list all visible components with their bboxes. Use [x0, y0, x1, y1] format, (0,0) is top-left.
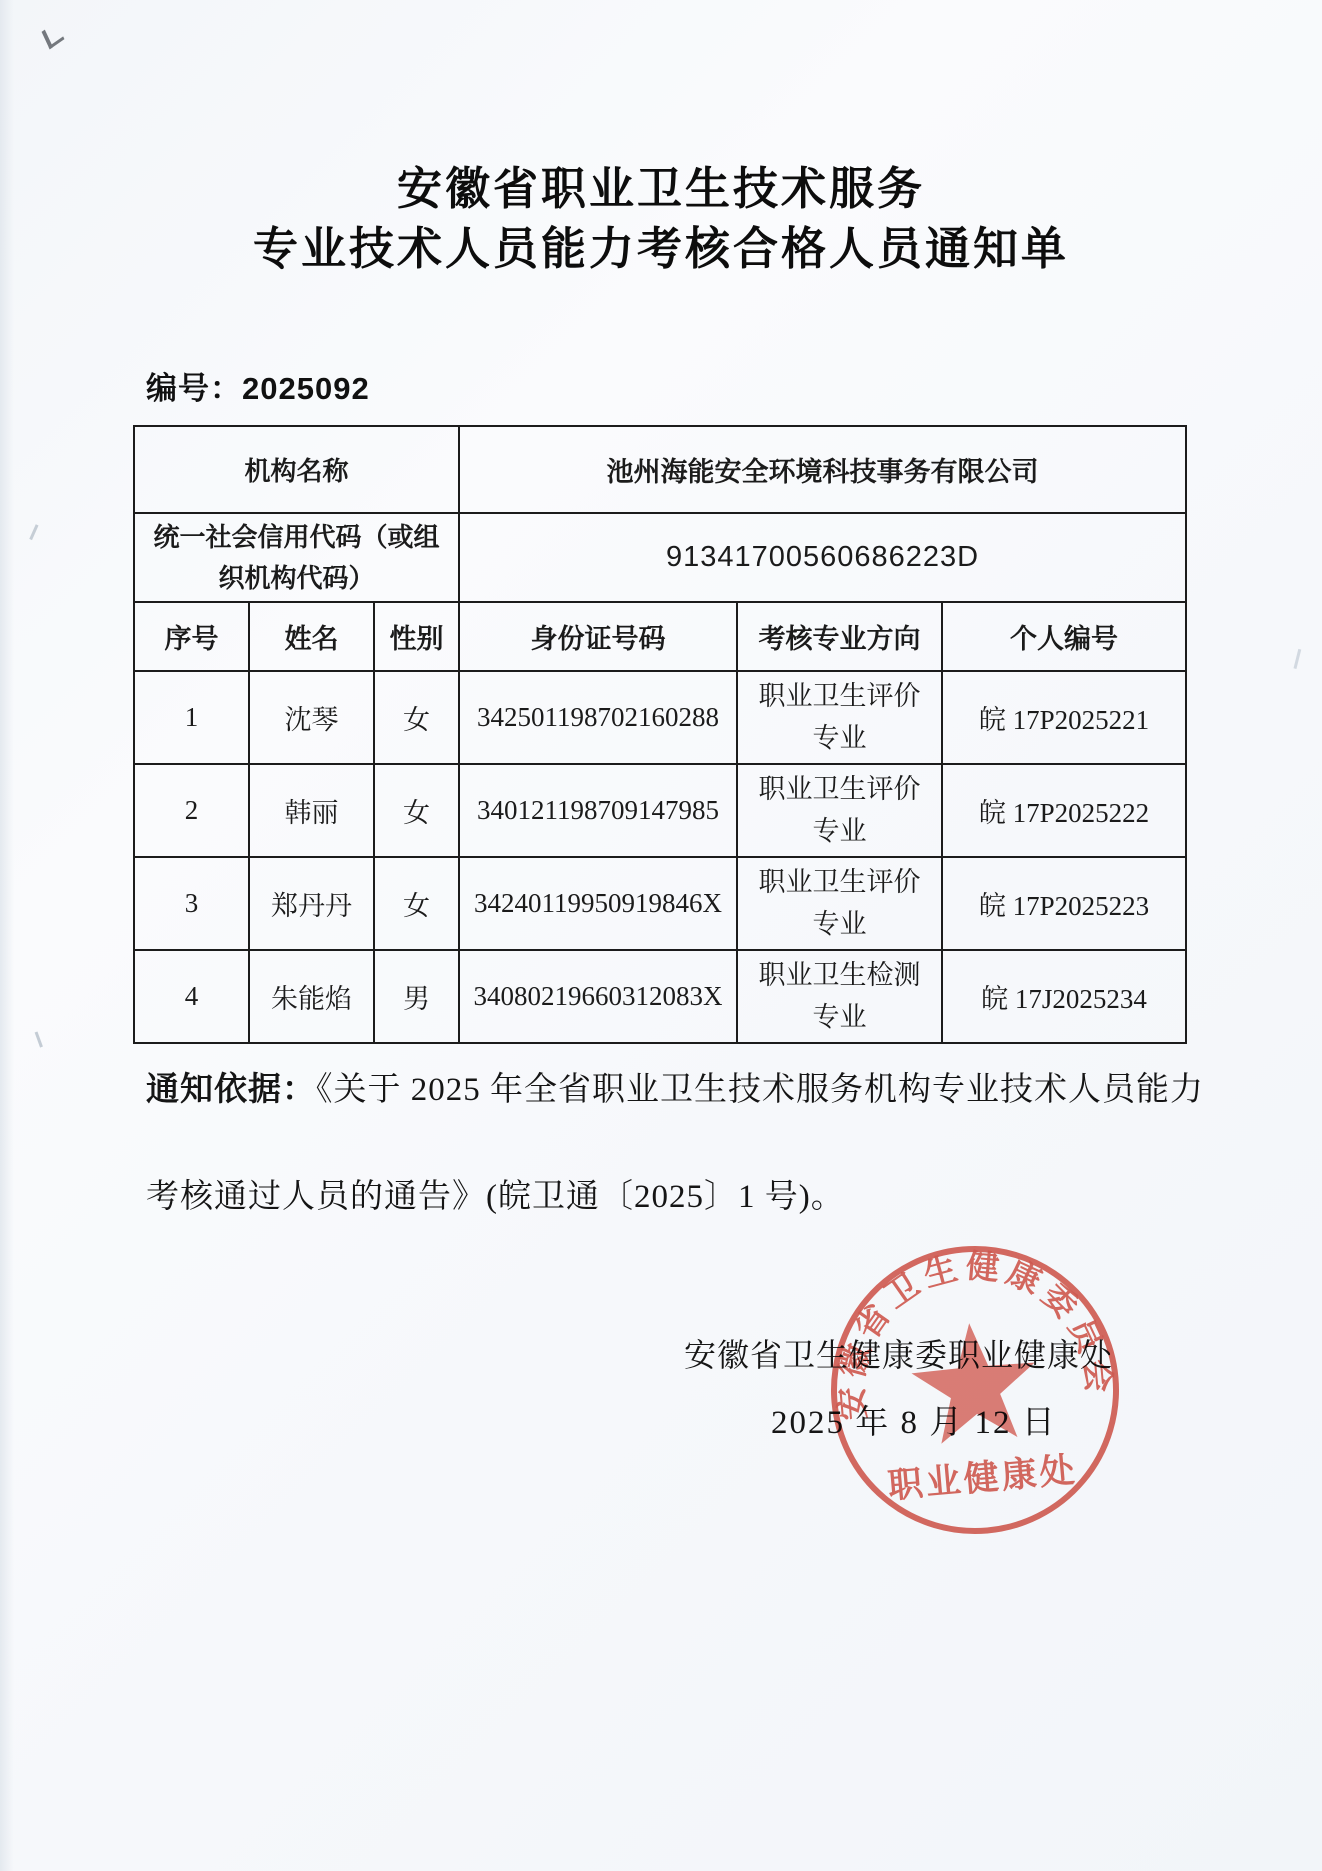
cell-index: 3 — [134, 857, 249, 950]
org-name-value: 池州海能安全环境科技事务有限公司 — [459, 426, 1186, 513]
cell-personal-code: 皖 17J2025234 — [942, 950, 1186, 1043]
document-title-line1: 安徽省职业卫生技术服务 — [0, 152, 1322, 217]
table-row: 4 朱能焰 男 34080219660312083X 职业卫生检测 专业 皖 1… — [134, 950, 1186, 1043]
col-header-index: 序号 — [134, 602, 249, 671]
stamp-bottom-text: 职业健康处 — [886, 1450, 1079, 1505]
document-number: 编号：2025092 — [146, 363, 370, 408]
scan-artifact — [1286, 647, 1302, 669]
cell-personal-code: 皖 17P2025222 — [942, 764, 1186, 857]
personnel-table: 机构名称 池州海能安全环境科技事务有限公司 统一社会信用代码（或组织机构代码） … — [133, 425, 1187, 1044]
basis-paragraph-line2: 考核通过人员的通告》(皖卫通〔2025〕1 号)。 — [146, 1170, 845, 1217]
basis-paragraph-line1: 通知依据：《关于 2025 年全省职业卫生技术服务机构专业技术人员能力 — [146, 1063, 1204, 1110]
cell-index: 1 — [134, 671, 249, 764]
scan-artifact — [42, 22, 65, 50]
cell-name: 沈琴 — [249, 671, 374, 764]
table-header-row: 序号 姓名 性别 身份证号码 考核专业方向 个人编号 — [134, 602, 1186, 671]
cell-id-number: 340121198709147985 — [459, 764, 737, 857]
col-header-specialty: 考核专业方向 — [737, 602, 942, 671]
cell-name: 韩丽 — [249, 764, 374, 857]
table-row: 1 沈琴 女 342501198702160288 职业卫生评价 专业 皖 17… — [134, 671, 1186, 764]
col-header-name: 姓名 — [249, 602, 374, 671]
cell-specialty: 职业卫生评价 专业 — [737, 671, 942, 764]
cell-gender: 女 — [374, 764, 459, 857]
cell-index: 2 — [134, 764, 249, 857]
document-title-line2: 专业技术人员能力考核合格人员通知单 — [0, 212, 1322, 277]
cell-specialty: 职业卫生检测 专业 — [737, 950, 942, 1043]
cell-id-number: 34080219660312083X — [459, 950, 737, 1043]
credit-code-label: 统一社会信用代码（或组织机构代码） — [134, 513, 459, 602]
cell-name: 朱能焰 — [249, 950, 374, 1043]
cell-gender: 男 — [374, 950, 459, 1043]
cell-id-number: 342501198702160288 — [459, 671, 737, 764]
cell-personal-code: 皖 17P2025221 — [942, 671, 1186, 764]
scan-artifact — [29, 524, 46, 543]
official-red-stamp: 安徽省卫生健康委员会 职业健康处 — [812, 1227, 1137, 1552]
cell-specialty: 职业卫生评价 专业 — [737, 764, 942, 857]
basis-text-line1: 《关于 2025 年全省职业卫生技术服务机构专业技术人员能力 — [316, 1072, 1204, 1108]
table-row: 3 郑丹丹 女 34240119950919846X 职业卫生评价 专业 皖 1… — [134, 857, 1186, 950]
stamp-graphic: 安徽省卫生健康委员会 职业健康处 — [812, 1227, 1137, 1552]
cell-personal-code: 皖 17P2025223 — [942, 857, 1186, 950]
org-name-label: 机构名称 — [134, 426, 459, 513]
basis-label: 通知依据： — [146, 1070, 316, 1107]
credit-code-value: 91341700560686223D — [459, 513, 1186, 602]
scan-left-shadow — [0, 0, 14, 1871]
scan-artifact — [35, 1028, 52, 1047]
col-header-personal-code: 个人编号 — [942, 602, 1186, 671]
cell-gender: 女 — [374, 857, 459, 950]
cell-gender: 女 — [374, 671, 459, 764]
cell-name: 郑丹丹 — [249, 857, 374, 950]
col-header-gender: 性别 — [374, 602, 459, 671]
cell-specialty: 职业卫生评价 专业 — [737, 857, 942, 950]
cell-index: 4 — [134, 950, 249, 1043]
stamp-star-icon — [908, 1318, 1041, 1446]
cell-id-number: 34240119950919846X — [459, 857, 737, 950]
table-row: 2 韩丽 女 340121198709147985 职业卫生评价 专业 皖 17… — [134, 764, 1186, 857]
credit-code-row: 统一社会信用代码（或组织机构代码） 91341700560686223D — [134, 513, 1186, 602]
org-name-row: 机构名称 池州海能安全环境科技事务有限公司 — [134, 426, 1186, 513]
col-header-id-number: 身份证号码 — [459, 602, 737, 671]
